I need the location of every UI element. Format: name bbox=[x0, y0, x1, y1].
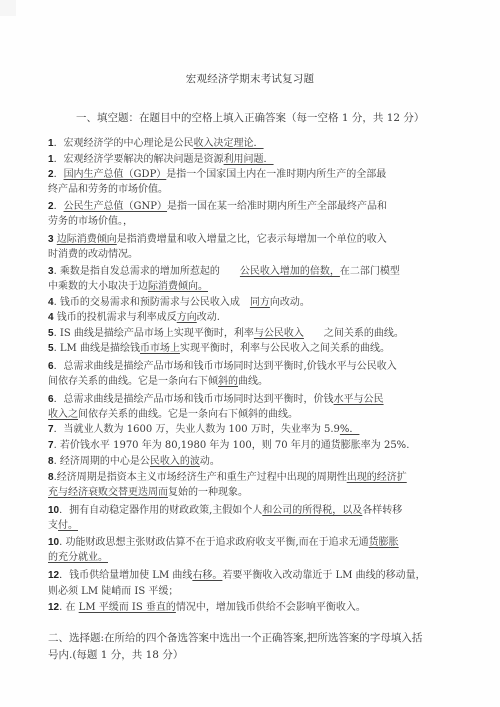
question-line: 6．总需求曲线是描绘产品市场和钱币市场同时达到平衡时,价钱水平与公民收入 bbox=[48, 360, 397, 374]
section2-header-line2: 号内.(每题 1 分，共 18 分） bbox=[48, 648, 183, 662]
question-text-tail: 动。 bbox=[200, 456, 220, 467]
question-text: . 乘数是指自发总需求的增加所惹起的 bbox=[54, 266, 240, 277]
question-text: 终产品和劳务的市场价值。 bbox=[48, 184, 168, 195]
question-line: 终产品和劳务的市场价值。 bbox=[48, 183, 168, 197]
question-line: 8.经济周期是指资本主义市场经济生产和重生产过程中出现的周期性出现的经济扩 bbox=[48, 471, 407, 485]
question-text-tail: 实现平衡时，利率与公民收入之间关系的曲线。 bbox=[180, 343, 390, 354]
answer-fill: 水平与公民 bbox=[334, 394, 384, 405]
question-line: 充与经济衰败交替更迭周而复始的一种现象。 bbox=[48, 486, 248, 500]
answer-fill: 国内生产总值（GDP） bbox=[64, 169, 167, 180]
question-line: 3 边际消费倾向是指消费增量和收入增量之比，它表示每增加一个单位的收入 bbox=[48, 233, 387, 247]
answer-fill: 收入之 bbox=[48, 409, 78, 420]
answer-fill: 出现的经济扩 bbox=[347, 472, 407, 483]
question-text-tail: 各样转移 bbox=[362, 505, 402, 516]
question-line: 间依存关系的曲线。它是一条向右下倾斜的曲线。 bbox=[48, 375, 268, 389]
question-text-tail: 若要平衡收入改动靠近于 LM 曲线的移动量， bbox=[222, 570, 425, 581]
question-text: ． bbox=[54, 169, 64, 180]
question-text: . LM 曲线是描绘钱 bbox=[54, 343, 140, 354]
question-text: . IS 曲线是描绘产品市场上实现平衡时，利率 bbox=[54, 328, 254, 339]
answer-fill: 币市场上 bbox=[140, 343, 180, 354]
question-text-tail: 是指消费增量和收入增量之比，它表示每增加一个单位的收入 bbox=[117, 234, 387, 245]
question-line: 时消费的改动情况。 bbox=[48, 248, 138, 262]
question-line: 的充分就业。 bbox=[48, 551, 108, 565]
question-text: ．宏观经济学的中心理论是公民 bbox=[54, 138, 194, 149]
question-line: 4 钱币的投机需求与利率成反方向改动. bbox=[48, 311, 220, 325]
question-text: ．总需求曲线是描绘产品市场和钱币市场同时达到平衡时,价钱水平与公民收入 bbox=[54, 361, 397, 372]
answer-fill: 际消费倾向。 bbox=[148, 281, 208, 292]
question-line: 10．拥有自动稳定器作用的财政政策,主假如个人和公司的所得税，以及各样转移 bbox=[48, 504, 402, 518]
question-number: 3 bbox=[48, 234, 54, 245]
question-text: 间依存关系的曲线。它是一条向右下倾 bbox=[48, 376, 218, 387]
answer-fill: 与公民收入 bbox=[254, 328, 304, 339]
question-line: 7．当就业人数为 1600 万，失业人数为 100 万时，失业率为 5.9%． bbox=[48, 423, 359, 437]
question-line: 1．宏观经济学的中心理论是公民收入决定理论． bbox=[48, 137, 264, 151]
question-line: 2．国内生产总值（GDP）是指一个国家国土内在一准时期内所生产的全部最 bbox=[48, 168, 386, 182]
question-text: 则必须 LM 陡峭而 IS 平缓； bbox=[48, 586, 178, 597]
answer-fill: 和公司的所得税，以及 bbox=[262, 505, 362, 516]
question-text: ． bbox=[54, 201, 64, 212]
answer-fill: 右移。 bbox=[192, 570, 222, 581]
question-number: 10 bbox=[48, 537, 59, 548]
question-text-tail: 之间关系的曲线。 bbox=[304, 328, 404, 339]
question-line: 中乘数的大小取决于边际消费倾向。 bbox=[48, 280, 208, 294]
question-text: . 若价钱水平 1970 年为 80,1980 年为 100，则 70 年月的通… bbox=[54, 440, 410, 451]
question-text: .经济周期是指资本主义市场经济生产和重生产过程中出现的周期性 bbox=[54, 472, 347, 483]
question-text: . 钱币的交易需求和预防需求与公民收入成 bbox=[54, 297, 250, 308]
page-corner bbox=[0, 0, 16, 16]
question-text-tail: 在二部门模型 bbox=[340, 266, 400, 277]
answer-fill: 公民生产总值（GNP） bbox=[64, 201, 167, 212]
question-number: 12 bbox=[48, 602, 59, 613]
question-line: 5. IS 曲线是描绘产品市场上实现平衡时，利率与公民收入 之间关系的曲线。 bbox=[48, 327, 404, 341]
section2-header-line1: 二、选择题:在所给的四个备选答案中选出一个正确答案,把所选答案的字母填入括 bbox=[48, 631, 422, 645]
question-text: 钱币的投机需求与利率成反 bbox=[54, 312, 177, 323]
question-line: 5. LM 曲线是描绘钱币市场上实现平衡时，利率与公民收入之间关系的曲线。 bbox=[48, 342, 390, 356]
answer-fill: 充与经济衰败交替更迭周而 bbox=[48, 487, 168, 498]
question-text: ．拥有自动稳定器作用的财政政策,主假如个人 bbox=[59, 505, 262, 516]
answer-fill: 同方 bbox=[250, 297, 270, 308]
answer-fill: 利用问题． bbox=[224, 154, 274, 165]
question-text: ．总需求曲线是描绘产品市场和钱币市场同时达到平衡时，价钱 bbox=[54, 394, 334, 405]
answer-fill: 的充分就业。 bbox=[48, 552, 108, 563]
question-line: 6．总需求曲线是描绘产品市场和钱币市场同时达到平衡时，价钱水平与公民 bbox=[48, 393, 384, 407]
question-number: 12 bbox=[48, 570, 59, 581]
question-text-tail: 曲线。 bbox=[238, 376, 268, 387]
question-text: 时消费的改动情况。 bbox=[48, 249, 138, 260]
question-line: 10. 功能财政思想主张财政估算不在于追求政府收支平衡,而在于追求无通货膨胀 bbox=[48, 536, 399, 550]
question-text-tail: 情况中，增加钱币供给不会影响平衡收入。 bbox=[176, 602, 366, 613]
answer-fill: %． bbox=[340, 424, 360, 435]
question-text: 劳务的市场价值。， bbox=[48, 216, 133, 227]
question-text: 支 bbox=[48, 520, 58, 531]
question-line: 4. 钱币的交易需求和预防需求与公民收入成 同方向改动。 bbox=[48, 296, 310, 310]
question-line: 劳务的市场价值。， bbox=[48, 215, 133, 229]
question-text: ．宏观经济学要解决的解决问题是资源 bbox=[54, 154, 224, 165]
question-line: 8. 经济周期的中心是公民收入的波动。 bbox=[48, 455, 220, 469]
answer-fill: 方向 bbox=[177, 312, 197, 323]
question-line: 12．钱币供给量增加使 LM 曲线右移。若要平衡收入改动靠近于 LM 曲线的移动… bbox=[48, 569, 426, 583]
question-text-tail: 复始的一种现象。 bbox=[168, 487, 248, 498]
answer-fill: 公民收入增加的倍数， bbox=[240, 266, 340, 277]
answer-fill: 民收入的波 bbox=[150, 456, 200, 467]
answer-fill: LM 平缓而 IS 垂直的 bbox=[79, 602, 176, 613]
question-line: 2．公民生产总值（GNP）是指一国在某一给准时期内所生产全部最终产品和 bbox=[48, 200, 387, 214]
document-page: 宏观经济学期末考试复习题 一、填空题：在题目中的空格上填入正确答案（每一空格 1… bbox=[0, 0, 500, 707]
question-text: . 在 bbox=[59, 602, 79, 613]
question-text: . 经济周期的中心是公 bbox=[54, 456, 150, 467]
question-line: 3. 乘数是指自发总需求的增加所惹起的 公民收入增加的倍数，在二部门模型 bbox=[48, 265, 400, 279]
question-text-tail: 是指一个国家国土内在一准时期内所生产的全部最 bbox=[166, 169, 386, 180]
question-text-tail: 是指一国在某一给准时期内所生产全部最终产品和 bbox=[167, 201, 387, 212]
answer-fill: 收入决定理论． bbox=[194, 138, 264, 149]
answer-fill: 斜的 bbox=[218, 376, 238, 387]
question-text: 中乘数的大小取决于边 bbox=[48, 281, 148, 292]
section1-header: 一、填空题：在题目中的空格上填入正确答案（每一空格 1 分，共 12 分） bbox=[76, 111, 424, 125]
answer-fill: 付。 bbox=[58, 520, 78, 531]
answer-fill: 货膨胀 bbox=[369, 537, 399, 548]
question-line: 12. 在 LM 平缓而 IS 垂直的情况中，增加钱币供给不会影响平衡收入。 bbox=[48, 601, 366, 615]
question-number: 10 bbox=[48, 505, 59, 516]
question-line: 则必须 LM 陡峭而 IS 平缓； bbox=[48, 585, 178, 599]
question-text-tail: 向改动。 bbox=[270, 297, 310, 308]
question-line: 收入之间依存关系的曲线。它是一条向右下倾斜的曲线。 bbox=[48, 408, 298, 422]
question-text: ．钱币供给量增加使 LM 曲线 bbox=[59, 570, 192, 581]
document-title: 宏观经济学期末考试复习题 bbox=[0, 71, 500, 86]
question-line: 1．宏观经济学要解决的解决问题是资源利用问题． bbox=[48, 153, 274, 167]
answer-fill: 边际消费倾向 bbox=[57, 234, 117, 245]
question-text-tail: 间依存关系的曲线。它是一条向右下倾斜的曲线。 bbox=[78, 409, 298, 420]
question-text: ．当就业人数为 1600 万，失业人数为 100 万时，失业率为 5.9 bbox=[54, 424, 340, 435]
question-line: 7. 若价钱水平 1970 年为 80,1980 年为 100，则 70 年月的… bbox=[48, 439, 409, 453]
question-text-tail: 改动. bbox=[197, 312, 220, 323]
question-line: 支付。 bbox=[48, 519, 78, 533]
question-text: . 功能财政思想主张财政估算不在于追求政府收支平衡,而在于追求无通 bbox=[59, 537, 369, 548]
